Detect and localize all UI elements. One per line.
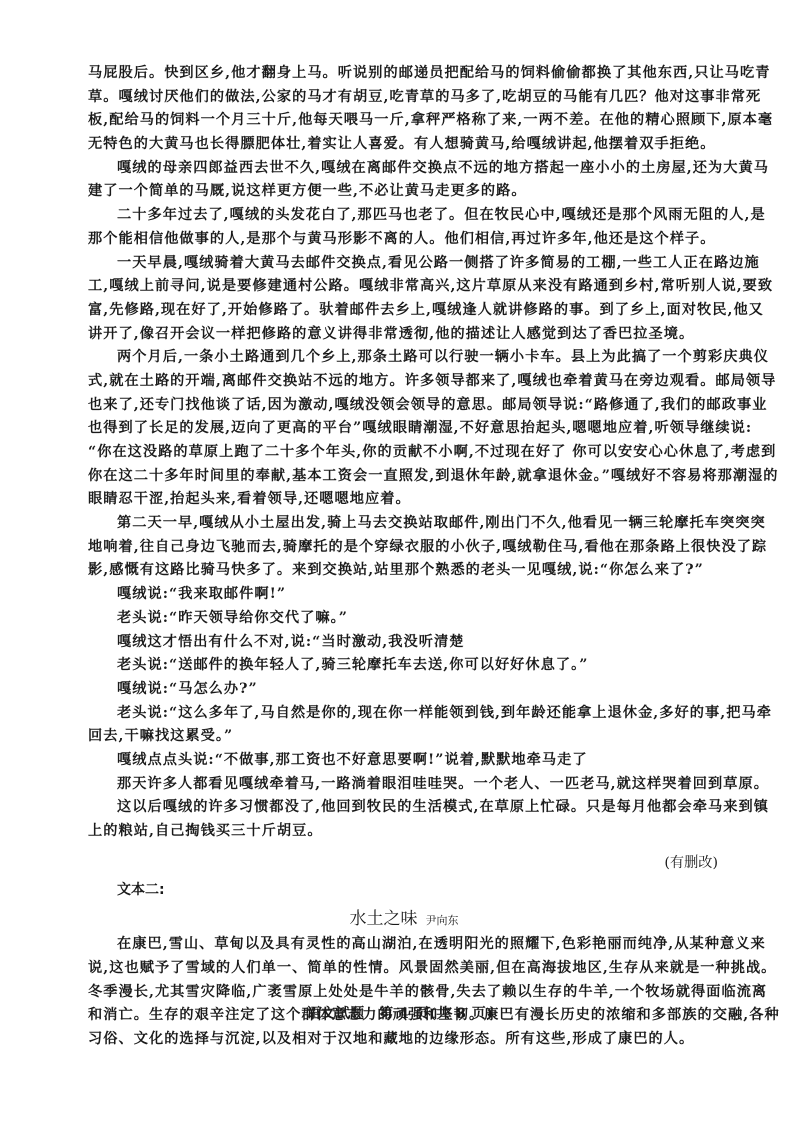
text-line: 也来了,还专门找他谈了话,因为激动,嘎绒没领会领导的意思。邮局领导说:“路修通了… <box>88 394 720 418</box>
text-line: 上的粮站,自己掏钱买三十斤胡豆。 <box>88 820 720 844</box>
dialogue-line: 嘎绒这才悟出有什么不对,说:“当时激动,我没听清楚 <box>88 631 720 655</box>
paragraph: 两个月后,一条小土路通到几个乡上,那条土路可以行驶一辆小卡车。县上为此搞了一个剪… <box>88 346 720 512</box>
paragraph: 在康巴,雪山、草甸以及具有灵性的高山湖泊,在透明阳光的照耀下,色彩艳丽而纯净,从… <box>88 933 720 1051</box>
paragraph: 老头说:“这么多年了,马自然是你的,现在你一样能领到钱,到年龄还能拿上退休金,多… <box>88 702 720 749</box>
text-line: 那天许多人都看见嘎绒牵着马,一路淌着眼泪哇哇哭。一个老人、一匹老马,就这样哭着回… <box>88 773 720 797</box>
dialogue-line: 嘎绒说:“马怎么办?” <box>88 678 720 702</box>
text-line: 工,嘎绒上前寻问,说是要修建通村公路。嘎绒非常高兴,这片草原从来没有路通到乡村,… <box>88 275 720 299</box>
paragraph: 嘎绒的母亲四郎益西去世不久,嘎绒在离邮件交换点不远的地方搭起一座小小的土房屋,还… <box>88 157 720 204</box>
text-line: 老头说:“这么多年了,马自然是你的,现在你一样能领到钱,到年龄还能拿上退休金,多… <box>88 702 720 726</box>
text-line: 两个月后,一条小土路通到几个乡上,那条土路可以行驶一辆小卡车。县上为此搞了一个剪… <box>88 346 720 370</box>
paragraph: 一天早晨,嘎绒骑着大黄马去邮件交换点,看见公路一侧搭了许多简易的工棚,一些工人正… <box>88 252 720 347</box>
section-label-text2: 文本二: <box>88 877 720 903</box>
revision-note: (有删改) <box>88 852 720 876</box>
text-line: 冬季漫长,尤其雪灾降临,广袤雪原上处处是牛羊的骸骨,失去了赖以生存的牛羊,一个牧… <box>88 981 720 1005</box>
text-line: 无特色的大黄马也长得膘肥体壮,着实让人喜爱。有人想骑黄马,给嘎绒讲起,他摆着双手… <box>88 133 720 157</box>
article-title: 水土之味 <box>350 909 418 929</box>
text-line: 第二天一早,嘎绒从小土屋出发,骑上马去交换站取邮件,刚出门不久,他看见一辆三轮摩… <box>88 512 720 536</box>
text-line: 马屁股后。快到区乡,他才翻身上马。听说别的邮递员把配给马的饲料偷偷都换了其他东西… <box>88 62 720 86</box>
text-line: 习俗、文化的选择与沉淀,以及相对于汉地和藏地的边缘形态。所有这些,形成了康巴的人… <box>88 1028 720 1052</box>
paragraph: 这以后嘎绒的许多习惯都没了,他回到牧民的生活模式,在草原上忙碌。只是每月他都会牵… <box>88 796 720 843</box>
text-line: 这以后嘎绒的许多习惯都没了,他回到牧民的生活模式,在草原上忙碌。只是每月他都会牵… <box>88 796 720 820</box>
dialogue-line: 老头说:“昨天领导给你交代了嘛。” <box>88 607 720 631</box>
text-line: 地响着,往自己身边飞驰而去,骑摩托的是个穿绿衣服的小伙子,嘎绒勒住马,看他在那条… <box>88 536 720 560</box>
text-line: 你在这二十多年时间里的奉献,基本工资会一直照发,到退休年龄,就拿退休金。”嘎绒好… <box>88 465 720 489</box>
dialogue-line: 嘎绒说:“我来取邮件啊!” <box>88 583 720 607</box>
text-line: 那个能相信他做事的人,是那个与黄马形影不离的人。他们相信,再过许多年,他还是这个… <box>88 228 720 252</box>
text-line: 回去,干嘛找这累受。” <box>88 725 720 749</box>
dialogue-line: 嘎绒点点头说:“不做事,那工资也不好意思要啊!”说着,默默地牵马走了 <box>88 749 720 773</box>
text-line: 说,这也赋予了雪域的人们单一、简单的性情。风景固然美丽,但在高海拔地区,生存从来… <box>88 957 720 981</box>
text-line: 在康巴,雪山、草甸以及具有灵性的高山湖泊,在透明阳光的照耀下,色彩艳丽而纯净,从… <box>88 933 720 957</box>
page-footer: 语文试题 第 4 页(共 8 页) <box>0 1003 800 1023</box>
paragraph: 马屁股后。快到区乡,他才翻身上马。听说别的邮递员把配给马的饲料偷偷都换了其他东西… <box>88 62 720 157</box>
text-line: 富,先修路,现在好了,开始修路了。驮着邮件去乡上,嘎绒逢人就讲修路的事。到了乡上… <box>88 299 720 323</box>
text-line: 建了一个简单的马厩,说这样更方便一些,不必让黄马走更多的路。 <box>88 180 720 204</box>
text-line: 式,就在土路的开端,离邮件交换站不远的地方。许多领导都来了,嘎绒也牵着黄马在旁边… <box>88 370 720 394</box>
text-line: 也得到了长足的发展,迈向了更高的平台”嘎绒眼睛潮湿,不好意思抬起头,嗯嗯地应着,… <box>88 417 720 441</box>
text-line: 一天早晨,嘎绒骑着大黄马去邮件交换点,看见公路一侧搭了许多简易的工棚,一些工人正… <box>88 252 720 276</box>
paragraph: 第二天一早,嘎绒从小土屋出发,骑上马去交换站取邮件,刚出门不久,他看见一辆三轮摩… <box>88 512 720 583</box>
article-heading: 水土之味尹向东 <box>88 905 720 933</box>
text-line: 讲开了,像召开会议一样把修路的意义讲得非常透彻,他的描述让人感觉到达了香巴拉圣境… <box>88 323 720 347</box>
text-line: 板,配给马的饲料一个月三十斤,他每天喂马一斤,拿秤严格称了来,一两不差。在他的精… <box>88 109 720 133</box>
text-line: 眼睛忍干涩,抬起头来,看着领导,还嗯嗯地应着。 <box>88 488 720 512</box>
exam-page: 马屁股后。快到区乡,他才翻身上马。听说别的邮递员把配给马的饲料偷偷都换了其他东西… <box>88 62 720 1052</box>
text-line: 影,感慨有这路比骑马快多了。来到交换站,站里那个熟悉的老头一见嘎绒,说:“你怎么… <box>88 559 720 583</box>
article-author: 尹向东 <box>426 914 459 927</box>
text-line: 二十多年过去了,嘎绒的头发花白了,那匹马也老了。但在牧民心中,嘎绒还是那个风雨无… <box>88 204 720 228</box>
text-line: 草。嘎绒讨厌他们的做法,公家的马才有胡豆,吃青草的马多了,吃胡豆的马能有几匹？他… <box>88 86 720 110</box>
text-line: 嘎绒的母亲四郎益西去世不久,嘎绒在离邮件交换点不远的地方搭起一座小小的土房屋,还… <box>88 157 720 181</box>
paragraph: 二十多年过去了,嘎绒的头发花白了,那匹马也老了。但在牧民心中,嘎绒还是那个风雨无… <box>88 204 720 251</box>
text-line: “你在这没路的草原上跑了二十多个年头,你的贡献不小啊,不过现在好了 你可以安安心… <box>88 441 720 465</box>
dialogue-line: 老头说:“送邮件的换年轻人了,骑三轮摩托车去送,你可以好好休息了。” <box>88 654 720 678</box>
